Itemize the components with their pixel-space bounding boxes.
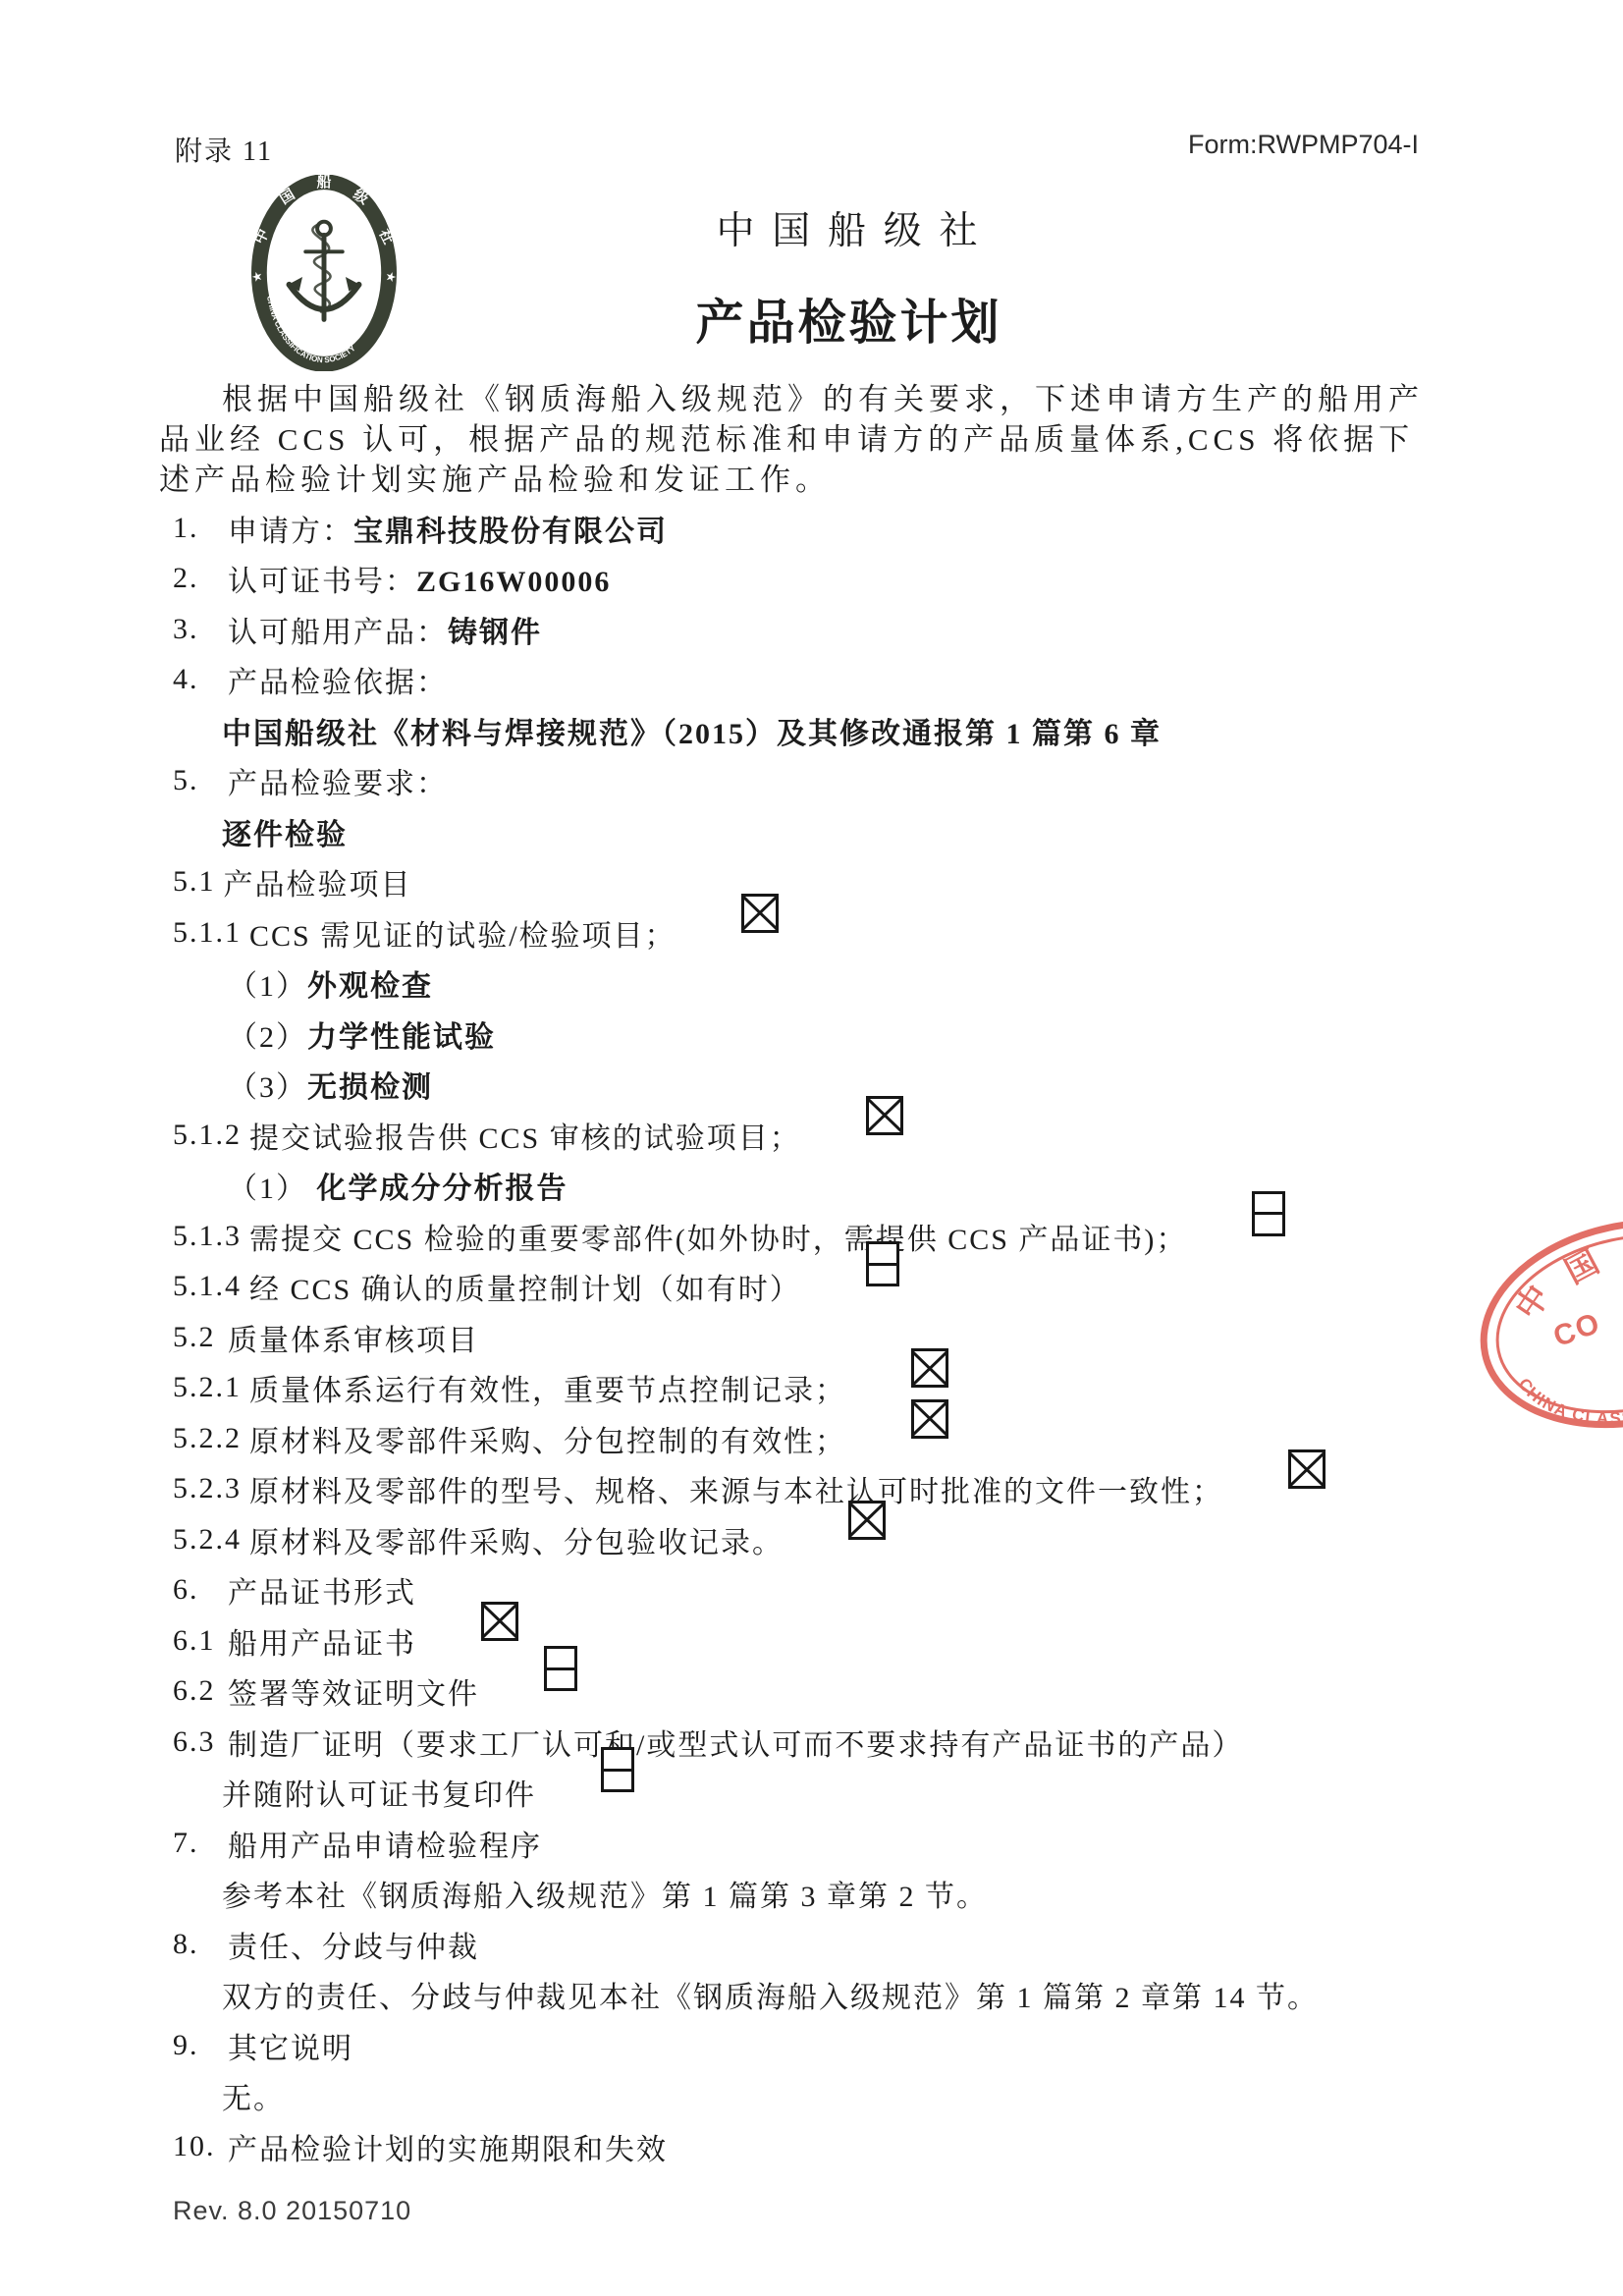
organization-title: 中 国 船 级 社 [0, 200, 1623, 255]
item-number: 5.1 [173, 865, 216, 899]
item-number: 8. [173, 1928, 222, 1961]
list-item: （3）无损检测 [157, 1060, 1434, 1111]
item-text: 产品检验项目 [224, 860, 491, 903]
list-item: 双方的责任、分歧与仲裁见本社《钢质海船入级规范》第 1 篇第 2 章第 14 节… [157, 1970, 1434, 2021]
list-item: 9.其它说明 [157, 2020, 1434, 2071]
item-text: 双方的责任、分歧与仲裁见本社《钢质海船入级规范》第 1 篇第 2 章第 14 节… [222, 1973, 1397, 2016]
list-item: 5.2质量体系审核项目 [157, 1312, 1434, 1363]
list-item: 5.1.3需提交 CCS 检验的重要零部件(如外协时，需提供 CCS 产品证书)… [157, 1211, 1434, 1262]
checkbox-checked-icon [866, 1096, 903, 1135]
revision-label: Rev. 8.0 20150710 [173, 2196, 411, 2226]
item-number: 6.3 [173, 1725, 222, 1759]
checkbox-checked-icon [848, 1501, 886, 1540]
item-text: 制造厂证明（要求工厂认可和/或型式认可而不要求持有产品证书的产品） [228, 1721, 1322, 1764]
inspection-plan-list: 1.申请方：宝鼎科技股份有限公司2.认可证书号：ZG16W000063.认可船用… [157, 503, 1434, 2172]
list-item: 5.2.3原材料及零部件的型号、规格、来源与本社认可时批准的文件一致性； [157, 1464, 1434, 1515]
item-text: 产品检验计划的实施期限和失效 [228, 2125, 746, 2168]
checkbox-checked-icon [911, 1399, 948, 1439]
item-text: （1）外观检查 [228, 961, 512, 1005]
item-text: 产品检验要求： [228, 759, 526, 802]
item-text: 并随附认可证书复印件 [222, 1771, 615, 1814]
list-item: 6.产品证书形式 [157, 1565, 1434, 1616]
item-text: 申请方：宝鼎科技股份有限公司 [228, 507, 746, 550]
list-item: 5.1.4经 CCS 确认的质量控制计划（如有时） [157, 1262, 1434, 1313]
svg-text:中: 中 [1509, 1279, 1557, 1326]
item-text: 无。 [222, 2074, 363, 2117]
item-number: 5.1.3 [173, 1220, 242, 1253]
svg-text:国: 国 [1559, 1243, 1605, 1290]
list-item: 5.1产品检验项目 [157, 857, 1434, 908]
list-item: 5.产品检验要求： [157, 756, 1434, 807]
item-text: 产品证书形式 [228, 1568, 495, 1612]
list-item: （1）外观检查 [157, 958, 1434, 1010]
item-number: 5. [173, 764, 222, 797]
item-number: 9. [173, 2029, 222, 2062]
checkbox-empty-icon [544, 1646, 577, 1691]
list-item: 逐件检验 [157, 806, 1434, 857]
document-page: 附录 11 Form:RWPMP704-I 中 国 船 级 社 ★ ★ CHIN… [0, 0, 1623, 2296]
list-item: 中国船级社《材料与焊接规范》（2015）及其修改通报第 1 篇第 6 章 [157, 705, 1434, 756]
appendix-label: 附录 11 [175, 130, 273, 169]
form-number: Form:RWPMP704-I [1188, 130, 1419, 160]
list-item: 7.船用产品申请检验程序 [157, 1818, 1434, 1869]
item-text: 中国船级社《材料与焊接规范》（2015）及其修改通报第 1 篇第 6 章 [222, 709, 1240, 752]
item-text: 质量体系审核项目 [228, 1316, 558, 1359]
list-item: 6.2签署等效证明文件 [157, 1667, 1434, 1718]
list-item: 4.产品检验依据： [157, 655, 1434, 706]
item-text: 认可船用产品：铸钢件 [228, 608, 621, 651]
item-number: 5.1.2 [173, 1119, 242, 1152]
list-item: 1.申请方：宝鼎科技股份有限公司 [157, 503, 1434, 554]
item-number: 3. [173, 613, 222, 646]
item-text: （2）力学性能试验 [228, 1012, 574, 1056]
list-item: 5.1.1CCS 需见证的试验/检验项目； [157, 907, 1434, 958]
list-item: 并随附认可证书复印件 [157, 1768, 1434, 1819]
item-number: 5.2.4 [173, 1523, 242, 1557]
list-item: 5.1.2提交试验报告供 CCS 审核的试验项目； [157, 1110, 1434, 1161]
checkbox-checked-icon [741, 894, 779, 933]
item-text: 原材料及零部件的型号、规格、来源与本社认可时批准的文件一致性； [249, 1467, 1302, 1510]
item-text: 船用产品证书 [228, 1619, 495, 1663]
checkbox-checked-icon [481, 1602, 518, 1641]
item-number: 7. [173, 1827, 222, 1860]
item-text: （1） 化学成分分析报告 [228, 1164, 647, 1207]
item-number: 5.2.1 [173, 1371, 242, 1404]
list-item: 5.2.4原材料及零部件采购、分包验收记录。 [157, 1514, 1434, 1565]
intro-paragraph: 根据中国船级社《钢质海船入级规范》的有关要求，下述申请方生产的船用产品业经 CC… [159, 379, 1431, 500]
item-text: 原材料及零部件采购、分包验收记录。 [249, 1518, 862, 1561]
item-text: 认可证书号：ZG16W00006 [228, 557, 689, 600]
list-item: 3.认可船用产品：铸钢件 [157, 604, 1434, 655]
checkbox-checked-icon [911, 1348, 948, 1388]
list-item: （2）力学性能试验 [157, 1009, 1434, 1060]
item-text: 原材料及零部件采购、分包控制的有效性； [249, 1417, 925, 1460]
item-text: 质量体系运行有效性，重要节点控制记录； [249, 1366, 925, 1409]
item-number: 6. [173, 1573, 222, 1607]
list-item: （1） 化学成分分析报告 [157, 1161, 1434, 1212]
svg-text:CHINA CLASSIFIC: CHINA CLASSIFIC [1513, 1347, 1623, 1449]
item-number: 5.2.3 [173, 1472, 242, 1505]
star-icon: ★ [385, 272, 397, 282]
item-text: 需提交 CCS 检验的重要零部件(如外协时，需提供 CCS 产品证书)； [249, 1215, 1266, 1258]
list-item: 8.责任、分歧与仲裁 [157, 1919, 1434, 1970]
item-number: 5.1.4 [173, 1270, 242, 1303]
list-item: 6.3制造厂证明（要求工厂认可和/或型式认可而不要求持有产品证书的产品） [157, 1717, 1434, 1768]
item-number: 5.1.1 [173, 916, 242, 950]
item-text: 参考本社《钢质海船入级规范》第 1 篇第 3 章第 2 节。 [222, 1872, 1066, 1915]
item-number: 6.2 [173, 1674, 222, 1708]
svg-text:船: 船 [316, 175, 332, 191]
item-text: 经 CCS 确认的质量控制计划（如有时） [249, 1265, 880, 1308]
checkbox-empty-icon [601, 1747, 634, 1792]
item-text: 责任、分歧与仲裁 [228, 1923, 558, 1966]
item-number: 5.2.2 [173, 1422, 242, 1455]
item-text: CCS 需见证的试验/检验项目； [249, 911, 755, 955]
item-number: 2. [173, 562, 222, 595]
page-title: 产品检验计划 [0, 285, 1623, 354]
checkbox-empty-icon [866, 1241, 899, 1286]
list-item: 6.1船用产品证书 [157, 1615, 1434, 1667]
svg-text:CO: CO [1549, 1306, 1605, 1353]
ccs-red-seal: 中 国 CO CHINA CLASSIFIC [1473, 1210, 1623, 1450]
item-text: 提交试验报告供 CCS 审核的试验项目； [249, 1114, 880, 1157]
checkbox-checked-icon [1288, 1449, 1325, 1489]
list-item: 2.认可证书号：ZG16W00006 [157, 554, 1434, 605]
list-item: 参考本社《钢质海船入级规范》第 1 篇第 3 章第 2 节。 [157, 1869, 1434, 1920]
item-text: 船用产品申请检验程序 [228, 1822, 621, 1865]
star-icon: ★ [251, 272, 263, 282]
list-item: 无。 [157, 2071, 1434, 2122]
item-text: 逐件检验 [222, 810, 426, 853]
item-number: 1. [173, 512, 222, 545]
item-text: 签署等效证明文件 [228, 1669, 558, 1713]
item-number: 5.2 [173, 1321, 222, 1354]
item-number: 6.1 [173, 1624, 222, 1658]
list-item: 5.2.2原材料及零部件采购、分包控制的有效性； [157, 1413, 1434, 1464]
list-item: 10.产品检验计划的实施期限和失效 [157, 2121, 1434, 2172]
item-text: 其它说明 [228, 2024, 432, 2067]
list-item: 5.2.1质量体系运行有效性，重要节点控制记录； [157, 1363, 1434, 1414]
item-number: 10. [173, 2130, 222, 2163]
item-text: 产品检验依据： [228, 658, 526, 701]
checkbox-empty-icon [1252, 1191, 1285, 1236]
item-text: （3）无损检测 [228, 1063, 512, 1106]
item-number: 4. [173, 663, 222, 696]
